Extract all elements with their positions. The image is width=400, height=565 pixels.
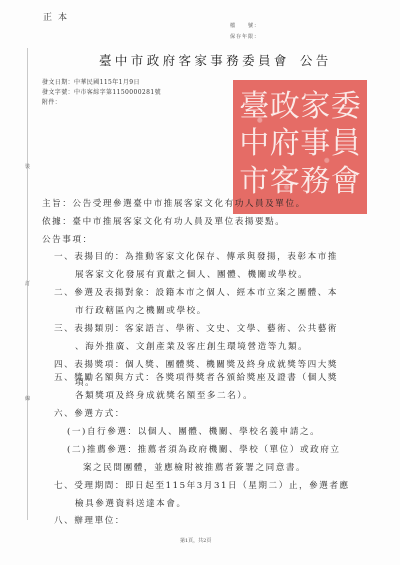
agency-name: 臺中市政府客家事務委員會 — [99, 53, 290, 68]
item-1-line-1: 一、表揚目的：為推動客家文化保存、傳承與發揚，表彰本市推 — [54, 250, 338, 262]
item-4-line-1: 四、表揚獎項：個人獎、團體獎、機關獎及終身成就獎等四大獎 — [54, 358, 338, 370]
seal-char: 會 — [331, 163, 362, 200]
item-5-line-2: 各類獎項及終身成就獎名額至多二名）。 — [75, 389, 253, 401]
page-indicator: 第1頁，共2頁 — [180, 537, 211, 544]
seal-char: 府 — [270, 125, 301, 162]
binding-mark-ding: 訂 — [25, 280, 30, 287]
item-3-line-2: 、海外推廣、文創產業及客庄創生環境營造等九類。 — [75, 340, 308, 352]
retention-period-label: 保存年限： — [230, 33, 260, 40]
seal-char: 政 — [270, 88, 301, 125]
seal-char: 委 — [331, 88, 362, 125]
seal-char: 客 — [270, 163, 301, 200]
file-number-label: 檔 號： — [230, 22, 260, 29]
doc-type: 公告 — [300, 53, 332, 68]
attachment-label: 附件： — [42, 97, 61, 106]
page-title: 臺中市政府客家事務委員會公告 — [99, 51, 332, 69]
seal-char: 家 — [300, 88, 331, 125]
seal-char: 務 — [300, 163, 331, 200]
document-page: 正本 檔 號： 保存年限： 裝 訂 線 臺中市政府客家事務委員會公告 發文日期：… — [0, 0, 400, 565]
item-2-line-2: 市行政轄區內之機關或學校。 — [75, 304, 207, 316]
binding-mark-zhuang: 裝 — [25, 163, 30, 170]
item-6-sub-2-line-1: (二)推薦參選：推薦者須為政府機關、學校（單位）或政府立 — [67, 443, 341, 455]
issue-date: 發文日期：中華民國115年1月9日 — [42, 77, 140, 86]
copy-label: 正本 — [43, 10, 73, 23]
item-1-line-2: 展客家文化發展有貢獻之個人、團體、機關或學校。 — [75, 268, 308, 280]
seal-characters: 臺 中 市 政 府 客 家 事 務 委 員 會 — [239, 88, 361, 200]
binding-mark-xian: 線 — [25, 395, 30, 402]
item-6-sub-1: (一)自行參選：以個人、團體、機關、學校名義申請之。 — [67, 425, 320, 437]
item-8-line-1: 八、辦理單位： — [54, 514, 125, 526]
seal-char: 中 — [239, 125, 270, 162]
subject-line: 主旨：公告受理參選臺中市推展客家文化有功人員及單位。 — [42, 197, 306, 209]
item-7-line-2: 檢具參選資料送達本會。 — [75, 497, 187, 509]
item-2-line-1: 二、參選及表揚對象：設籍本市之個人、經本市立案之團體、本 — [54, 286, 338, 298]
seal-char: 員 — [331, 125, 362, 162]
seal-char: 臺 — [239, 88, 270, 125]
item-6-line-1: 六、參選方式： — [54, 407, 125, 419]
item-5-line-1: 五、獎勵名額與方式：各獎項得獎者各頒給獎座及證書（個人獎 — [54, 371, 338, 383]
items-heading: 公告事項： — [42, 233, 93, 245]
basis-line: 依據：臺中市推展客家文化有功人員及單位表揚要點。 — [42, 215, 285, 227]
item-7-line-1: 七、受理期間：即日起至115年3月31日（星期二）止，參選者應 — [54, 479, 350, 491]
seal-char: 事 — [300, 125, 331, 162]
seal-char: 市 — [239, 163, 270, 200]
item-6-sub-2-line-2: 案之民間團體，並應檢附被推薦者簽署之同意書。 — [83, 461, 306, 473]
item-3-line-1: 三、表揚類別：客家語言、學術、文史、文學、藝術、公共藝術 — [54, 322, 338, 334]
official-seal-stamp: 臺 中 市 政 府 客 家 事 務 委 員 會 — [233, 80, 367, 214]
doc-number: 發文字號：中市客綜字第1150000281號 — [42, 87, 161, 96]
